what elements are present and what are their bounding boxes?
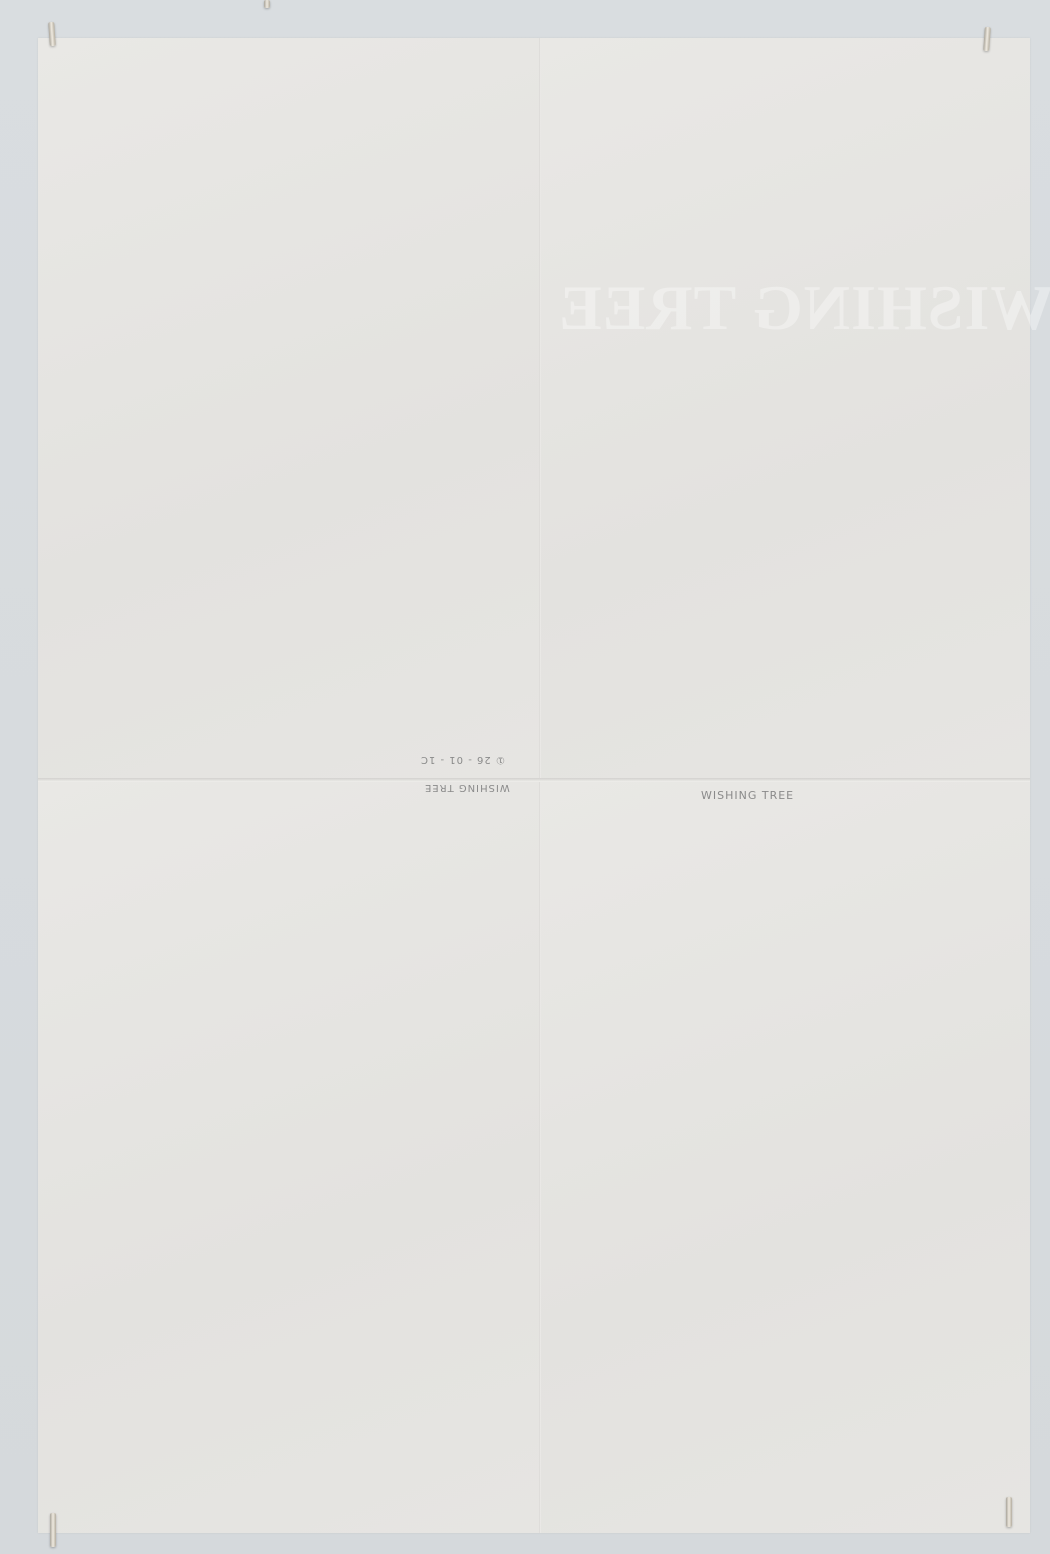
magnet-bottom-left [50, 1513, 56, 1547]
show-through-title: THE WISHING TREE [558, 278, 1050, 338]
poster-panel-bottom-right [540, 780, 1030, 1533]
poster-panel-top-right [540, 38, 1030, 780]
poster-panel-bottom-left [38, 780, 540, 1533]
horizontal-fold-line [38, 778, 1030, 782]
handwritten-note-title-right: WISHING TREE [701, 789, 794, 802]
poster-panel-top-left [38, 38, 540, 780]
poster-back: THE WISHING TREE ① 26 - 01 - 1C WISHING … [38, 38, 1030, 1533]
handwritten-note-title-left: WISHING TREE [424, 782, 510, 793]
magnet-bottom-right [1006, 1497, 1012, 1527]
handwritten-note-date: ① 26 - 01 - 1C [420, 754, 505, 765]
vertical-fold-line [539, 38, 541, 1533]
magnet-top-center [264, 0, 270, 8]
